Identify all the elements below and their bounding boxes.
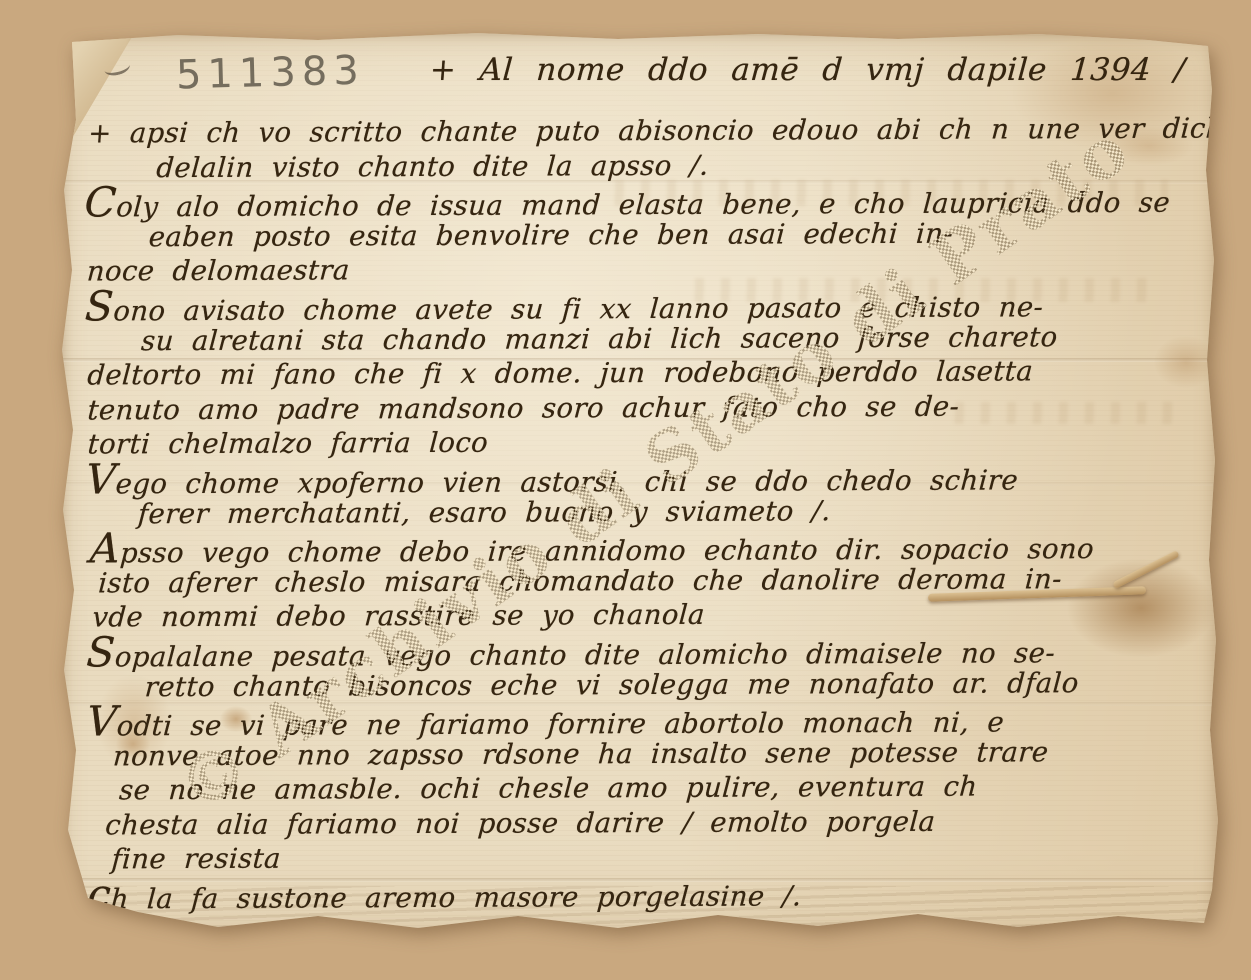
heading-line: + Al nome ddo amē d vmj dapile 1394 / (429, 52, 1187, 88)
manuscript-line: su alretani sta chando manzi abi lich sa… (84, 319, 1216, 359)
manuscript-line: Vodti se vi pare ne fariamo fornire abor… (86, 700, 1218, 740)
manuscript-line: fine resista (86, 838, 1218, 878)
manuscript-line: Vego chome xpoferno vien astorsi. chi se… (85, 457, 1217, 497)
manuscript-line: retto chanto bisoncos eche vi solegga me… (86, 665, 1218, 705)
manuscript-lines: + apsi ch vo scritto chante puto abisonc… (84, 112, 1217, 913)
paper-shadow-wrap: 511383 + Al nome ddo amē d vmj dapile 13… (0, 0, 1251, 980)
manuscript-line: Coly alo domicho de issua mand elasta be… (84, 181, 1216, 221)
manuscript-line: ch la fa sustone aremo masore porgelasin… (87, 873, 1219, 913)
manuscript-line: se no ne amasble. ochi chesle amo pulire… (86, 769, 1218, 809)
manuscript-line: + apsi ch vo scritto chante puto abisonc… (83, 112, 1215, 152)
manuscript-line: noce delomaestra (84, 250, 1216, 290)
manuscript-line: Sono avisato chome avete su fi xx lanno … (84, 285, 1216, 325)
manuscript-line: deltorto mi fano che fi x dome. jun rode… (84, 354, 1216, 394)
manuscript-line: nonve atoe nno zapsso rdsone ha insalto … (86, 734, 1218, 774)
manuscript-line: chesta alia fariamo noi posse darire / e… (86, 803, 1218, 843)
manuscript-line: Apsso vego chome debo ire annidomo echan… (85, 527, 1217, 567)
manuscript-line: vde nommi debo rasstire se yo chanola (85, 596, 1217, 636)
manuscript-line: Sopalalane pesata vego chanto dite alomi… (85, 630, 1217, 670)
manuscript-line: eaben posto esita benvolire che ben asai… (84, 215, 1216, 255)
manuscript-line: tenuto amo padre mandsono soro achur fat… (84, 388, 1216, 428)
manuscript-line: torti chelmalzo farria loco (85, 423, 1217, 463)
manuscript-line: ferer merchatanti, esaro buono y sviamet… (85, 492, 1217, 532)
manuscript-page: 511383 + Al nome ddo amē d vmj dapile 13… (58, 30, 1223, 940)
scan-background: 511383 + Al nome ddo amē d vmj dapile 13… (0, 0, 1251, 980)
manuscript-line: delalin visto chanto dite la apsso /. (83, 146, 1215, 186)
archive-number-stamp: 511383 (175, 48, 365, 99)
